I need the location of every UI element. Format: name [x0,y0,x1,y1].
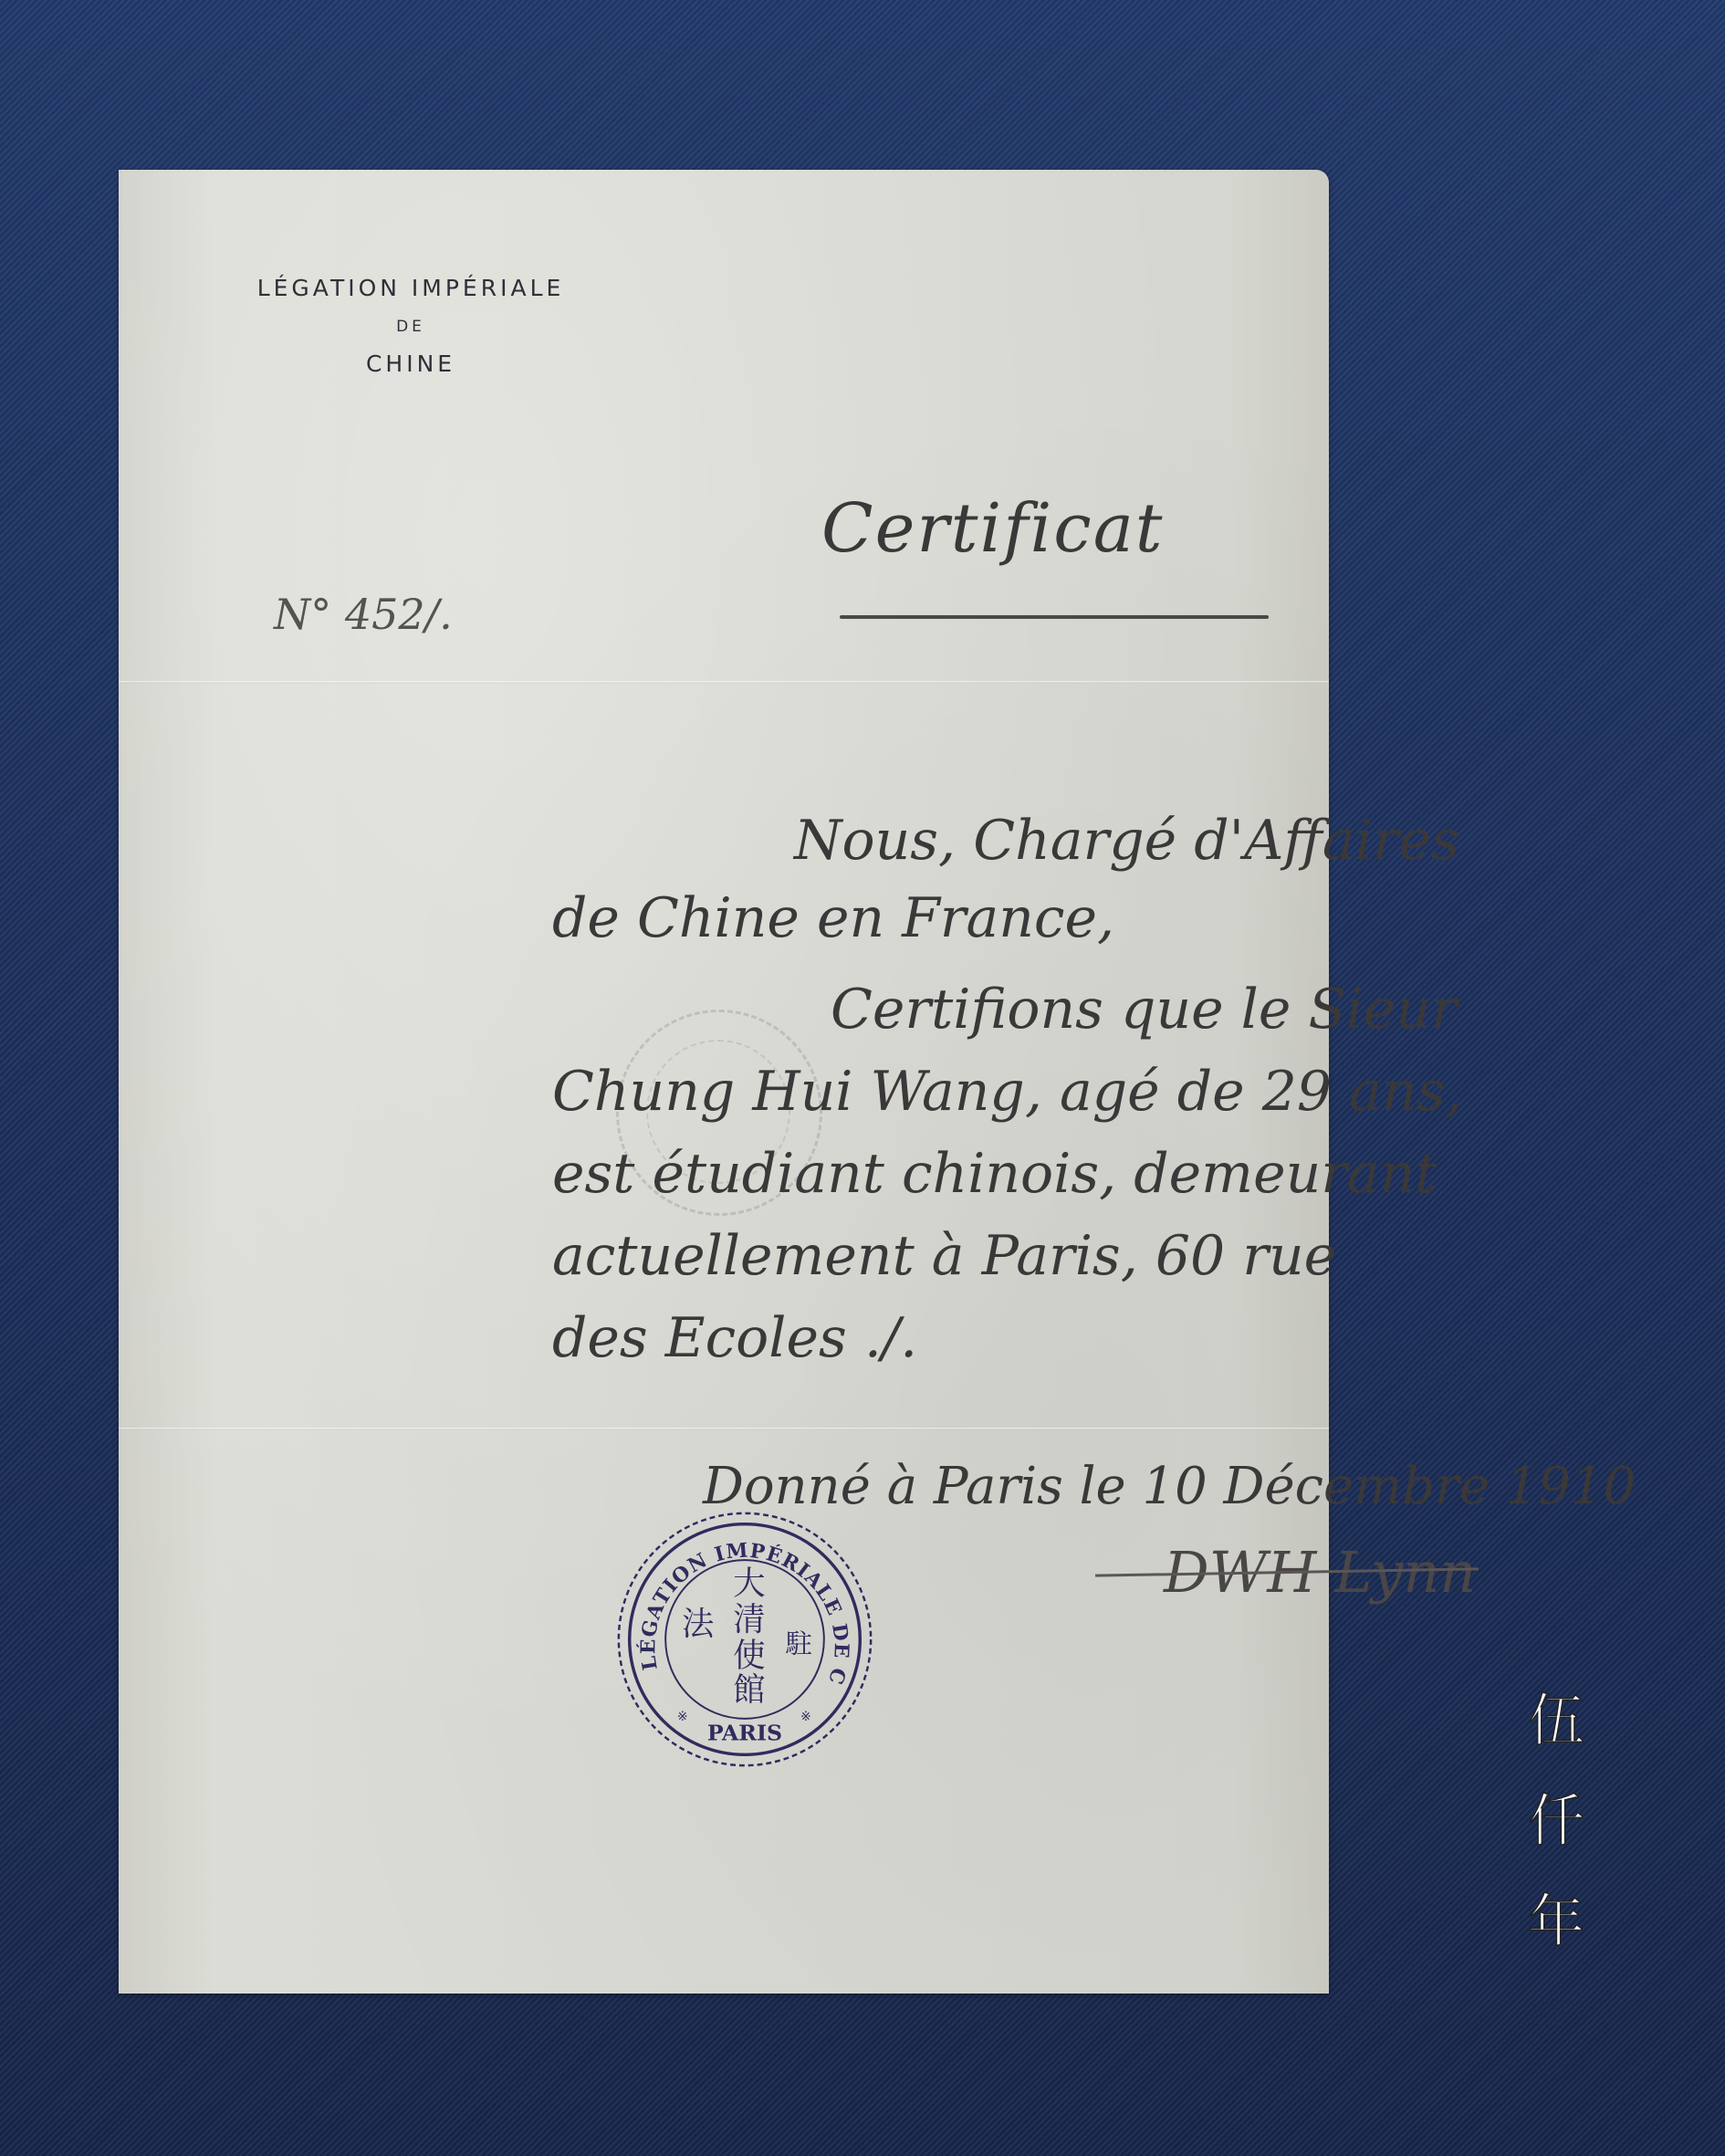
svg-text:※: ※ [800,1710,811,1724]
svg-text:※: ※ [677,1710,688,1724]
svg-text:LÉGATION IMPÉRIALE DE CHINE: LÉGATION IMPÉRIALE DE CHINE [610,1504,852,1688]
paper-fold-line [119,681,1329,684]
letterhead-line-2: DE [219,318,602,336]
svg-text:法: 法 [682,1606,715,1643]
letterhead-line-3: CHINE [219,351,602,377]
document-title: Certificat [821,489,1165,568]
body-line: Chung Hui Wang, agé de 29 ans, [552,1060,1462,1124]
body-line: est étudiant chinois, demeurant [552,1142,1437,1206]
body-line: Certifions que le Sieur [831,978,1458,1041]
svg-text:大: 大 [733,1565,766,1603]
svg-text:館: 館 [733,1671,766,1709]
letterhead: LÉGATION IMPÉRIALE DE CHINE [219,275,602,377]
watermark-char: 伍 [1524,1670,1588,1771]
watermark-char: 年 [1524,1871,1588,1972]
title-underline [840,615,1269,619]
certificate-paper: LÉGATION IMPÉRIALE DE CHINE Certificat N… [119,170,1329,1994]
watermark: 伍 仟 年 [1524,1670,1588,1972]
body-line: Nous, Chargé d'Affaires [794,809,1459,873]
svg-text:使: 使 [733,1638,766,1675]
letterhead-line-1: LÉGATION IMPÉRIALE [219,275,602,301]
seal-paris-text: PARIS [707,1721,782,1746]
svg-text:駐: 駐 [784,1628,812,1659]
legation-seal-icon: LÉGATION IMPÉRIALE DE CHINE PARIS ※ ※ 大 … [610,1504,880,1774]
svg-text:清: 清 [733,1601,766,1638]
body-line: actuellement à Paris, 60 rue [552,1224,1336,1288]
certificate-number: N° 452/. [274,590,453,639]
body-line: des Ecoles ./. [552,1306,917,1370]
watermark-char: 仟 [1524,1771,1588,1871]
body-line: de Chine en France, [552,886,1114,950]
paper-fold-line [119,1428,1329,1430]
